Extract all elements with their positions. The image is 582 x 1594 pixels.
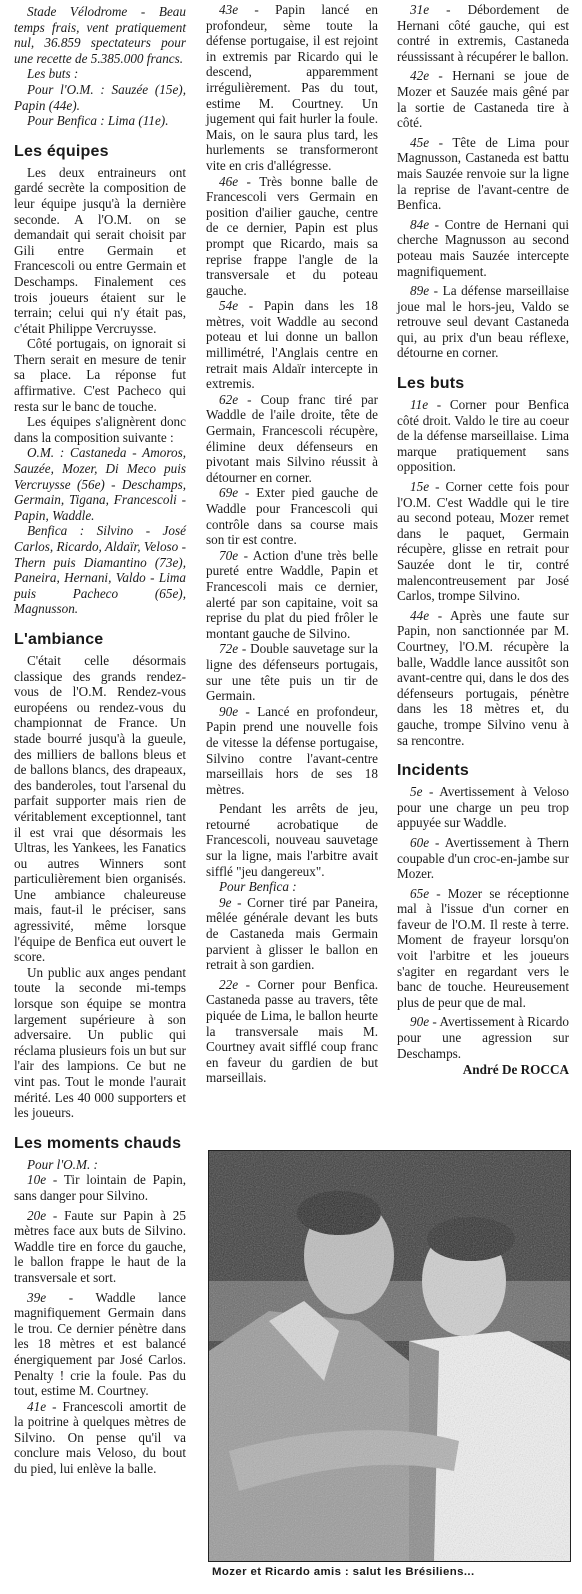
section-title-equipes: Les équipes xyxy=(14,143,186,161)
photo-caption: Mozer et Ricardo amis : salut les Brésil… xyxy=(212,1566,475,1578)
moment-item: 89e - La défense marseillaise joue mal l… xyxy=(397,283,569,361)
minute: 41e xyxy=(27,1399,46,1414)
paragraph: C'était celle désormais classique des gr… xyxy=(14,653,186,965)
moment-item: 90e - Lancé en profondeur, Papin prend u… xyxy=(206,704,378,798)
moment-item: 62e - Coup franc tiré par Waddle de l'ai… xyxy=(206,392,378,486)
incident-item: 5e - Avertissement à Veloso pour une cha… xyxy=(397,784,569,831)
moment-item: 10e - Tir lointain de Papin, sans danger… xyxy=(14,1172,186,1203)
moment-item: 84e - Contre de Hernani qui cherche Magn… xyxy=(397,217,569,279)
subhead-benfica: Pour Benfica : xyxy=(206,879,378,895)
column-2: 43e - Papin lancé en profondeur, sème to… xyxy=(206,2,378,1086)
moment-item: 39e - Waddle lance magnifiquement Germai… xyxy=(14,1290,186,1399)
author-signature: André De ROCCA xyxy=(397,1062,569,1078)
paragraph: Côté portugais, on ignorait si Thern ser… xyxy=(14,336,186,414)
moment-item: 22e - Corner pour Benfica. Castaneda pas… xyxy=(206,977,378,1086)
incident-item: 65e - Mozer se réceptionne mal à l'issue… xyxy=(397,886,569,1011)
goals-label: Les buts : xyxy=(14,66,186,82)
minute: 20e xyxy=(27,1208,46,1223)
paragraph: Les deux entraineurs ont gardé secrète l… xyxy=(14,165,186,337)
subhead-om: Pour l'O.M. : xyxy=(14,1157,186,1173)
incident-item: 90e - Avertissement à Ricardo pour une a… xyxy=(397,1014,569,1061)
moment-item: 41e - Francescoli amortit de la poitrine… xyxy=(14,1399,186,1477)
goal-item: 15e - Corner cette fois pour l'O.M. C'es… xyxy=(397,479,569,604)
lineup-om: O.M. : Castaneda - Amoros, Sauzée, Mozer… xyxy=(14,445,186,523)
goals-om: Pour l'O.M. : Sauzée (15e), Papin (44e). xyxy=(14,82,186,113)
incident-item: 60e - Avertissement à Thern coupable d'u… xyxy=(397,835,569,882)
moment-item: 42e - Hernani se joue de Mozer et Sauzée… xyxy=(397,68,569,130)
paragraph: Un public aux anges pendant toute la sec… xyxy=(14,965,186,1121)
moment-item: 46e - Très bonne balle de Francescoli ve… xyxy=(206,174,378,299)
goal-item: 11e - Corner pour Benfica côté droit. Va… xyxy=(397,397,569,475)
moment-item: 20e - Faute sur Papin à 25 mètres face a… xyxy=(14,1208,186,1286)
moment-item: 70e - Action d'une très belle pureté ent… xyxy=(206,548,378,642)
photo-mozer-ricardo xyxy=(208,1150,571,1562)
moment-item: 43e - Papin lancé en profondeur, sème to… xyxy=(206,2,378,174)
moment-item: 54e - Papin dans les 18 mètres, voit Wad… xyxy=(206,298,378,392)
column-3: 31e - Débordement de Hernani côté gauche… xyxy=(397,2,569,1078)
moment-item: 31e - Débordement de Hernani côté gauche… xyxy=(397,2,569,64)
match-info: Stade Vélodrome - Beau temps frais, vent… xyxy=(14,4,186,66)
goal-item: 44e - Après une faute sur Papin, non san… xyxy=(397,608,569,748)
photo-illustration xyxy=(209,1151,570,1561)
moment-item: 9e - Corner tiré par Paneira, mêlée géné… xyxy=(206,895,378,973)
section-title-buts: Les buts xyxy=(397,375,569,393)
goals-benfica: Pour Benfica : Lima (11e). xyxy=(14,113,186,129)
minute: 39e xyxy=(27,1290,46,1305)
moment-item: 45e - Tête de Lima pour Magnusson, Casta… xyxy=(397,135,569,213)
section-title-ambiance: L'ambiance xyxy=(14,631,186,649)
moment-item: 72e - Double sauvetage sur la ligne des … xyxy=(206,641,378,703)
column-1: Stade Vélodrome - Beau temps frais, vent… xyxy=(14,4,186,1477)
minute: 10e xyxy=(27,1172,46,1187)
section-title-moments: Les moments chauds xyxy=(14,1135,186,1153)
lineup-benfica: Benfica : Silvino - José Carlos, Ricardo… xyxy=(14,523,186,617)
paragraph: Les équipes s'alignèrent donc dans la co… xyxy=(14,414,186,445)
paragraph: Pendant les arrêts de jeu, retourné acro… xyxy=(206,801,378,879)
moment-item: 69e - Exter pied gauche de Waddle pour F… xyxy=(206,485,378,547)
section-title-incidents: Incidents xyxy=(397,762,569,780)
